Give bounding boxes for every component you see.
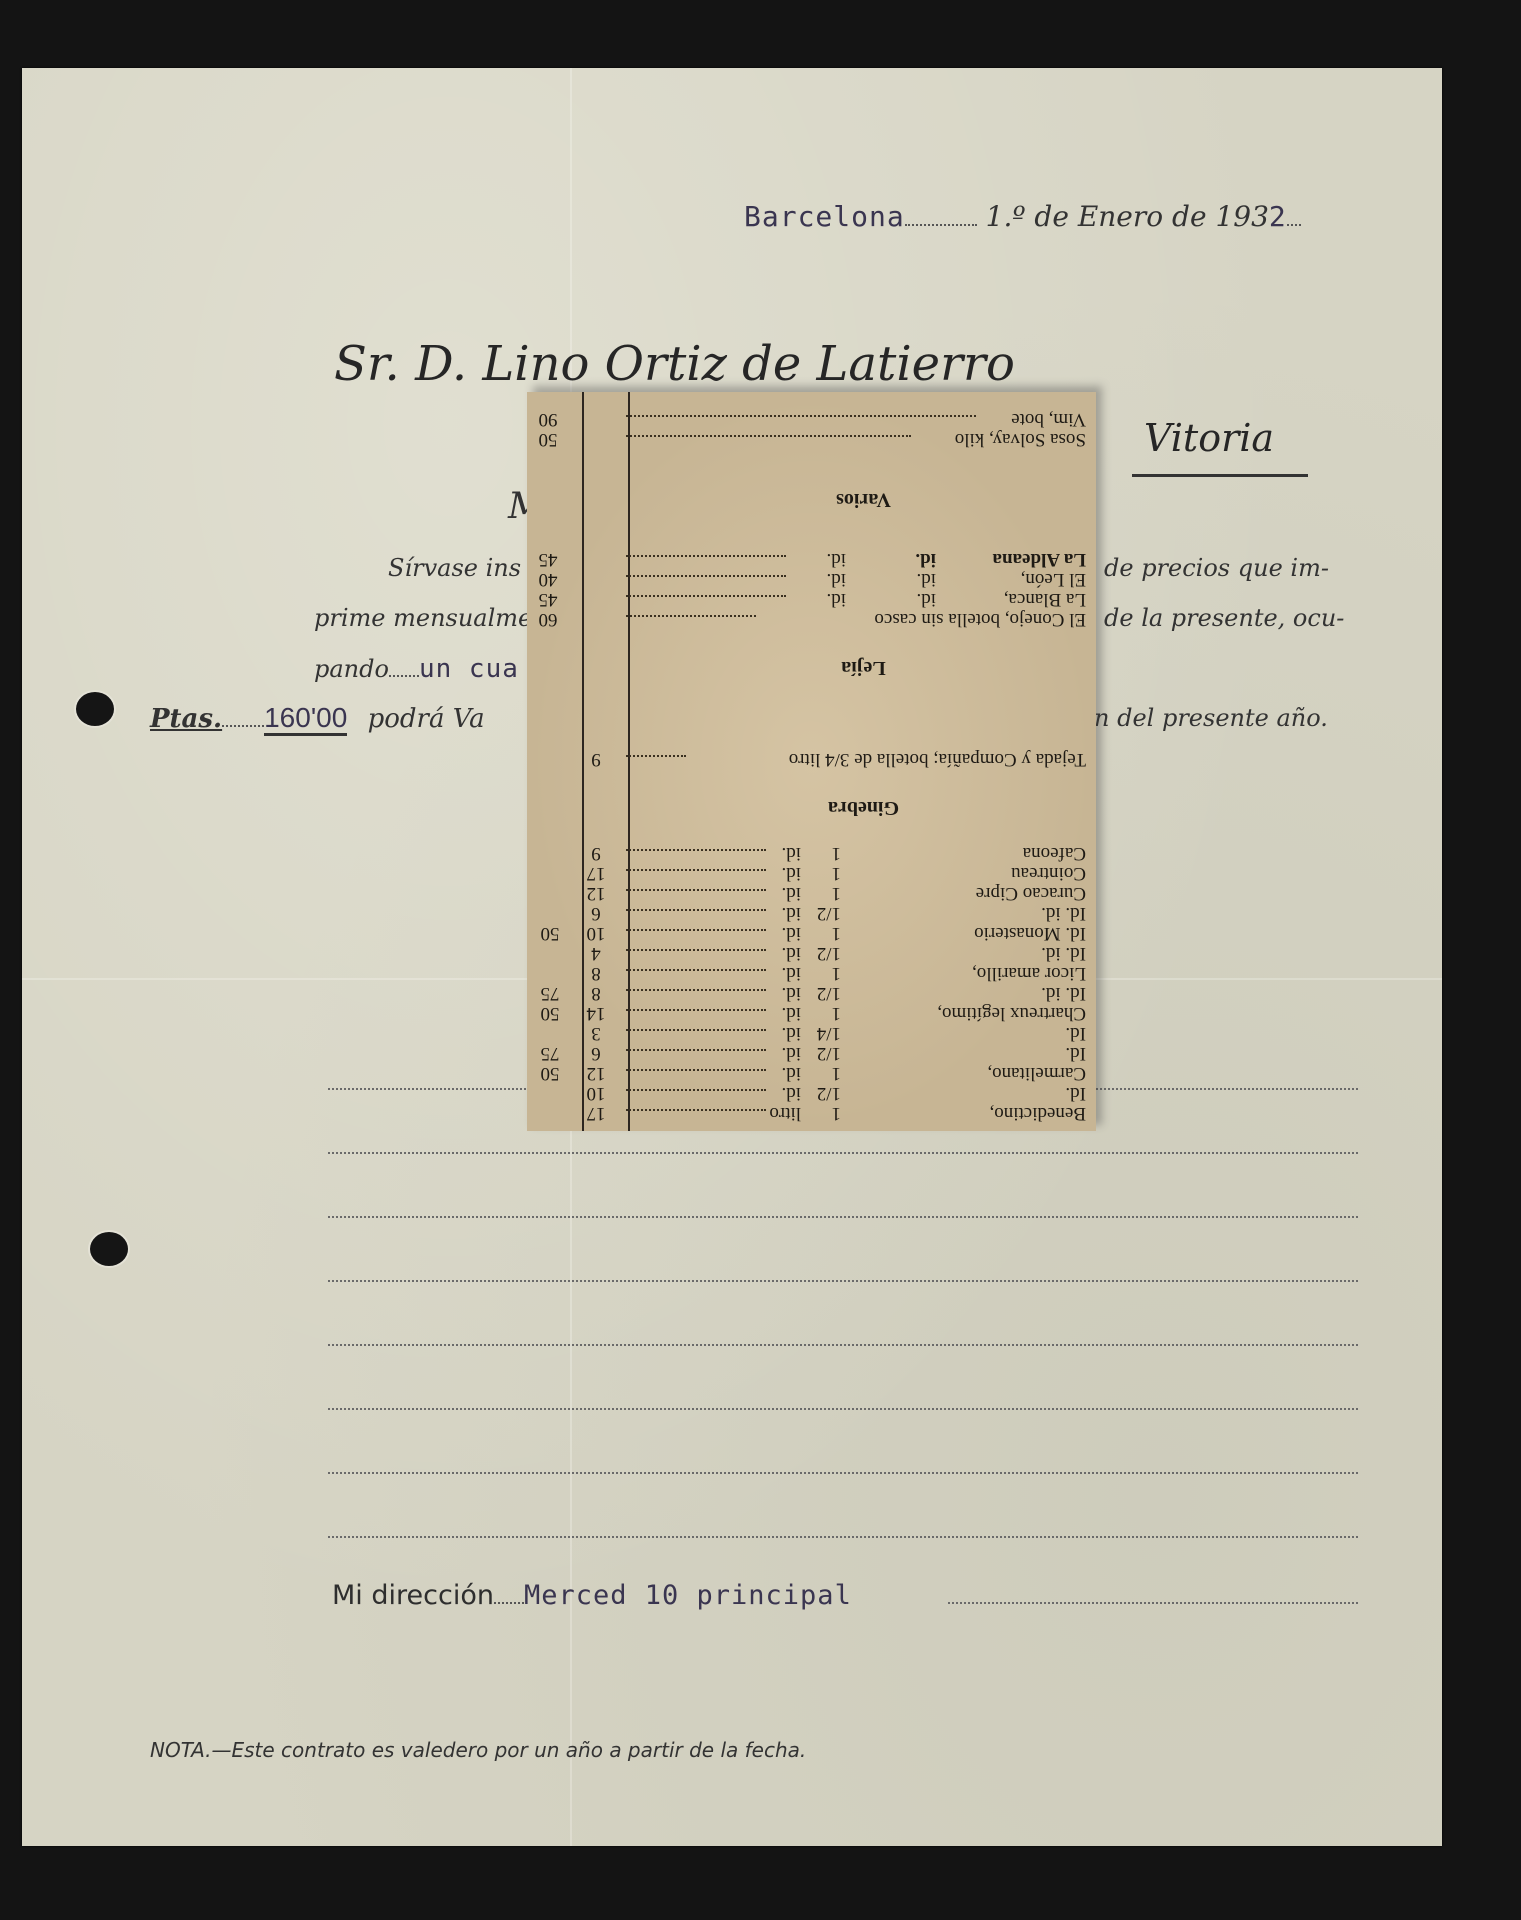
item-name: Id. Monasterio — [974, 923, 1086, 943]
date-day: 1.º — [986, 200, 1026, 233]
item-unit: id. — [781, 1023, 801, 1043]
dot-leader — [626, 969, 766, 971]
list-item: Id. id.1/2id.6 — [531, 903, 1086, 923]
date-month: Enero — [1078, 200, 1163, 233]
blank-line[interactable] — [328, 1216, 1358, 1218]
list-item: Cointreau1id.17 — [531, 863, 1086, 883]
item-qty: 1/4 — [817, 1023, 841, 1043]
item-qty: 1/2 — [817, 983, 841, 1003]
list-item: Id.1/4id.3 — [531, 1023, 1086, 1043]
dot-leader — [626, 889, 766, 891]
body-line1-right: de precios que im- — [1104, 554, 1329, 582]
dot-leader — [626, 415, 976, 417]
list-item: Carmelitano,1id.1250 — [531, 1063, 1086, 1083]
section-heading-ginebra: Ginebra — [631, 796, 1096, 819]
dot-leader — [626, 909, 766, 911]
item-unit: id. — [781, 923, 801, 943]
dot-leader — [626, 1009, 766, 1011]
item-qty: 1 — [832, 963, 842, 983]
list-item: Chartreux legítimo,1id.1450 — [531, 1003, 1086, 1023]
item-cents: 50 — [532, 1063, 568, 1083]
item-price: 14 — [576, 1003, 616, 1023]
item-qty: 1 — [832, 883, 842, 903]
dot-leader — [626, 615, 756, 617]
item-name: La Aldeana — [993, 549, 1086, 569]
body-line1-left: Sírvase ins — [388, 554, 521, 582]
item-name: Id. id. — [1041, 983, 1086, 1003]
item-price: 10 — [576, 1083, 616, 1103]
dot-leader — [626, 435, 911, 437]
item-name: El León, — [1021, 569, 1086, 589]
item-qty: 1 — [832, 843, 842, 863]
body-line2-right: de la presente, ocu- — [1104, 604, 1344, 632]
address-typed: Merced 10 principal — [524, 1580, 852, 1611]
item-qty: 1/2 — [817, 943, 841, 963]
ptas-label: Ptas. — [150, 704, 222, 734]
item-name: Benedictino, — [989, 1103, 1086, 1123]
dot-leader — [389, 675, 419, 677]
item-price: 3 — [576, 1023, 616, 1043]
item-qty: id. — [915, 549, 936, 569]
item-qty: 1/2 — [817, 1043, 841, 1063]
item-unit: id. — [781, 863, 801, 883]
clipping-content: Benedictino,1litro17 Id.1/2id.10 Carmeli… — [527, 392, 1096, 1131]
list-item: Id.1/2id.10 — [531, 1083, 1086, 1103]
item-price: 50 — [528, 429, 568, 449]
item-cents: 75 — [532, 1043, 568, 1063]
blank-line[interactable] — [328, 1280, 1358, 1282]
body-line4-text: podrá Va — [368, 704, 485, 734]
item-price: 40 — [528, 569, 568, 589]
item-cents: 50 — [532, 1003, 568, 1023]
list-item: Id. id.1/2id.4 — [531, 943, 1086, 963]
list-item: Id. id.1/2id.875 — [531, 983, 1086, 1003]
item-qty: 1 — [832, 863, 842, 883]
item-price: 8 — [576, 963, 616, 983]
item-name: Tejada y Compañía; botella de 3/4 litro — [789, 749, 1086, 769]
item-price: 45 — [528, 589, 568, 609]
item-price: 8 — [576, 983, 616, 1003]
date-de: de — [1034, 200, 1069, 233]
dot-leader — [626, 849, 766, 851]
body-line3: pandoun cua — [314, 654, 519, 684]
date-year-prefix: 193 — [1215, 200, 1268, 233]
price-list-clipping: Benedictino,1litro17 Id.1/2id.10 Carmeli… — [527, 392, 1096, 1131]
date-year-suffix: 2 — [1269, 200, 1287, 233]
item-price: 17 — [576, 1103, 616, 1123]
pando-label: pando — [314, 655, 389, 683]
item-price: 60 — [528, 609, 568, 629]
item-unit: id. — [781, 943, 801, 963]
item-unit: id. — [781, 983, 801, 1003]
item-qty: 1 — [832, 1003, 842, 1023]
item-qty: 1 — [832, 923, 842, 943]
item-unit: id. — [826, 569, 846, 589]
item-unit: id. — [826, 549, 846, 569]
dot-leader — [905, 224, 977, 226]
city-typed: Barcelona — [744, 200, 905, 233]
item-qty: 1/2 — [817, 903, 841, 923]
item-price: 45 — [528, 549, 568, 569]
contract-note: NOTA.—Este contrato es valedero por un a… — [150, 1738, 806, 1762]
item-name: Id. — [1065, 1023, 1086, 1043]
dot-leader — [494, 1602, 524, 1604]
list-item: El Conejo, botella sin casco60 — [531, 609, 1086, 629]
item-name: Chartreux legítimo, — [937, 1003, 1086, 1023]
dot-leader — [626, 575, 786, 577]
item-unit: id. — [781, 1003, 801, 1023]
dot-leader — [626, 989, 766, 991]
item-qty: 1 — [832, 1103, 842, 1123]
item-name: Cointreau — [1011, 863, 1086, 883]
section-heading-varios: Varios — [631, 488, 1096, 511]
item-name: Id. — [1065, 1083, 1086, 1103]
punch-hole-icon — [74, 690, 116, 728]
item-cents: 50 — [532, 923, 568, 943]
item-name: Cafeona — [1023, 843, 1086, 863]
dot-leader — [626, 1089, 766, 1091]
space-typed: un cua — [419, 654, 519, 684]
item-name: Id. id. — [1041, 903, 1086, 923]
addressee-name: Sr. D. Lino Ortiz de Latierro — [334, 336, 1015, 392]
item-name: Sosa Solvay, kilo — [955, 429, 1086, 449]
body-line4-right: n del presente año. — [1094, 704, 1328, 732]
dot-leader — [626, 755, 686, 757]
list-item: La Aldeanaid.id.45 — [531, 549, 1086, 569]
dot-leader — [626, 1109, 766, 1111]
item-name: La Blanca, — [1004, 589, 1086, 609]
item-unit: id. — [826, 589, 846, 609]
item-qty: id. — [916, 569, 936, 589]
item-unit: id. — [781, 963, 801, 983]
dot-leader — [626, 1049, 766, 1051]
item-name: Carmelitano, — [987, 1063, 1086, 1083]
item-qty: 1 — [832, 1063, 842, 1083]
dot-leader — [626, 1029, 766, 1031]
item-price: 90 — [528, 409, 568, 429]
section-heading-lejia: Lejía — [631, 656, 1096, 679]
item-name: Curacao Cipre — [976, 883, 1086, 903]
address-line: Mi direcciónMerced 10 principal — [332, 1580, 852, 1611]
item-qty: id. — [916, 589, 936, 609]
blank-line[interactable] — [328, 1536, 1358, 1538]
item-unit: id. — [781, 1063, 801, 1083]
item-price: 6 — [576, 1043, 616, 1063]
dot-leader — [626, 949, 766, 951]
item-name: Vim, bote — [1011, 409, 1086, 429]
list-item: Curacao Cipre1id.12 — [531, 883, 1086, 903]
blank-line[interactable] — [328, 1472, 1358, 1474]
list-item: Vim, bote90 — [531, 409, 1086, 429]
item-name: El Conejo, botella sin casco — [874, 609, 1086, 629]
dot-leader — [626, 1069, 766, 1071]
dot-leader — [626, 595, 786, 597]
item-cents: 75 — [532, 983, 568, 1003]
addressee-city: Vitoria — [1144, 416, 1274, 460]
amount-handwritten: 160'00 — [264, 702, 347, 736]
item-unit: id. — [781, 1043, 801, 1063]
dot-leader — [626, 929, 766, 931]
item-price: 12 — [576, 883, 616, 903]
item-price: 6 — [576, 903, 616, 923]
item-name: Licor amarillo, — [972, 963, 1086, 983]
item-qty: 1/2 — [817, 1083, 841, 1103]
item-price: 12 — [576, 1063, 616, 1083]
dot-leader — [626, 869, 766, 871]
list-item: Benedictino,1litro17 — [531, 1103, 1086, 1123]
list-item: Cafeona1id.9 — [531, 843, 1086, 863]
list-item: Sosa Solvay, kilo50 — [531, 429, 1086, 449]
item-unit: id. — [781, 843, 801, 863]
dot-leader — [222, 725, 264, 727]
blank-line[interactable] — [328, 1344, 1358, 1346]
date-line: Barcelona 1.º de Enero de 1932 — [744, 200, 1301, 233]
list-item: El León,id.id.40 — [531, 569, 1086, 589]
item-name: Id. — [1065, 1043, 1086, 1063]
date-de: de — [1172, 200, 1207, 233]
body-line4: Ptas.160'00 podrá Va — [150, 702, 485, 734]
blank-line[interactable] — [328, 1408, 1358, 1410]
item-price: 4 — [576, 943, 616, 963]
dot-leader — [1287, 224, 1301, 226]
item-price: 17 — [576, 863, 616, 883]
list-item: Id.1/2id.675 — [531, 1043, 1086, 1063]
list-item: La Blanca,id.id.45 — [531, 589, 1086, 609]
punch-hole-icon — [88, 1230, 130, 1268]
city-underline — [1132, 474, 1308, 477]
address-label: Mi dirección — [332, 1580, 494, 1611]
item-unit: id. — [781, 903, 801, 923]
dot-leader — [626, 555, 786, 557]
item-price: 10 — [576, 923, 616, 943]
item-unit: litro — [769, 1103, 801, 1123]
list-item: Id. Monasterio1id.1050 — [531, 923, 1086, 943]
list-item: Tejada y Compañía; botella de 3/4 litro9 — [531, 749, 1086, 769]
item-name: Id. id. — [1041, 943, 1086, 963]
body-line2-left: prime mensualmen — [314, 604, 548, 632]
address-dot-leader — [948, 1602, 1358, 1604]
item-price: 9 — [576, 749, 616, 769]
item-price: 9 — [576, 843, 616, 863]
item-unit: id. — [781, 883, 801, 903]
blank-line[interactable] — [328, 1152, 1358, 1154]
item-unit: id. — [781, 1083, 801, 1103]
list-item: Licor amarillo,1id.8 — [531, 963, 1086, 983]
